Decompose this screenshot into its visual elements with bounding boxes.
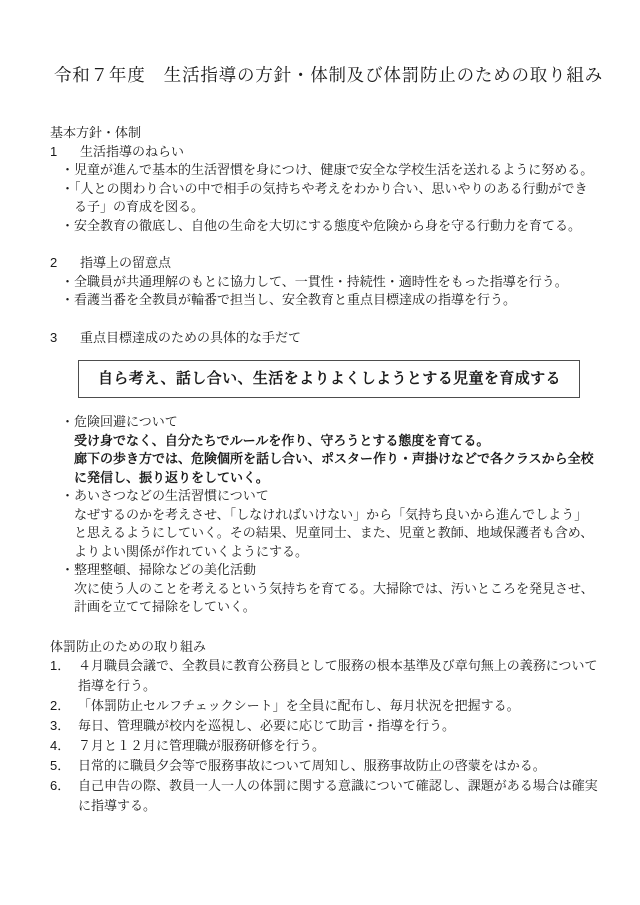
measure-risk-avoidance: ・危険回避について 受け身でなく、自分たちでルールを作り、守ろうとする態度を育て…: [50, 413, 598, 487]
section-title: 生活指導のねらい: [80, 144, 184, 159]
document-page: 令和７年度 生活指導の方針・体制及び体罰防止のための取り組み 基本方針・体制 1…: [0, 0, 640, 905]
item-number: 5．: [50, 756, 78, 776]
section-title: 指導上の留意点: [80, 255, 171, 270]
section-title: 重点目標達成のための具体的な手だて: [80, 330, 301, 345]
basic-policy-heading: 基本方針・体制: [50, 124, 598, 143]
item-number: 3．: [50, 716, 78, 736]
item-number: 6．: [50, 776, 78, 816]
section-number: 1: [50, 143, 64, 162]
prevention-item: 4． ７月と１２月に管理職が服務研修を行う。: [50, 736, 598, 756]
item-text: 毎日、管理職が校内を巡視し、必要に応じて助言・指導を行う。: [78, 716, 598, 736]
measure-greeting-habits: ・あいさつなどの生活習慣について なぜするのかを考えさせ、「しなければいけない」…: [50, 487, 598, 561]
item-number: 4．: [50, 736, 78, 756]
measure-label: ・あいさつなどの生活習慣について: [50, 487, 598, 506]
item-text: ４月職員会議で、全教員に教育公務員として服務の根本基準及び章句無上の義務について…: [78, 656, 598, 696]
item-text: 自己申告の際、教員一人一人の体罰に関する意識について確認し、課題がある場合は確実…: [78, 776, 598, 816]
measure-body: 次に使う人のことを考えるという気持ちを育てる。大掃除では、汚いところを発見させ、…: [50, 580, 598, 617]
item-number: 1．: [50, 656, 78, 696]
section-title-line: 3重点目標達成のための具体的な手だて: [50, 329, 598, 348]
section-key-goal-measures: 3重点目標達成のための具体的な手だて 自ら考え、話し合い、生活をよりよくしようと…: [50, 329, 598, 617]
goal-text: 自ら考え、話し合い、生活をよりよくしようとする児童を育成する: [98, 370, 561, 389]
prevention-item: 2． 「体罰防止セルフチェックシート」を全員に配布し、毎月状況を把握する。: [50, 696, 598, 716]
item-text: ７月と１２月に管理職が服務研修を行う。: [78, 736, 598, 756]
prevention-item: 5． 日常的に職員夕会等で服務事故について周知し、服務事故防止の啓蒙をはかる。: [50, 756, 598, 776]
prevention-item: 1． ４月職員会議で、全教員に教育公務員として服務の根本基準及び章句無上の義務に…: [50, 656, 598, 696]
goal-box: 自ら考え、話し合い、生活をよりよくしようとする児童を育成する: [78, 360, 580, 398]
measure-cleaning-activities: ・整理整頓、掃除などの美化活動 次に使う人のことを考えるという気持ちを育てる。大…: [50, 561, 598, 617]
prevention-item: 3． 毎日、管理職が校内を巡視し、必要に応じて助言・指導を行う。: [50, 716, 598, 736]
section-number: 3: [50, 329, 64, 348]
section-guidance-notes: 2指導上の留意点 ・全職員が共通理解のもとに協力して、一貫性・持続性・適時性をも…: [50, 254, 598, 310]
measure-body: 受け身でなく、自分たちでルールを作り、守ろうとする態度を育てる。: [50, 432, 598, 451]
prevention-heading: 体罰防止のための取り組み: [50, 638, 598, 657]
measure-label: ・整理整頓、掃除などの美化活動: [50, 561, 598, 580]
measure-label: ・危険回避について: [50, 413, 598, 432]
prevention-list: 1． ４月職員会議で、全教員に教育公務員として服務の根本基準及び章句無上の義務に…: [50, 656, 598, 816]
bullet-item: ・看護当番を全教員が輪番で担当し、安全教育と重点目標達成の指導を行う。: [50, 291, 598, 310]
section-title-line: 1生活指導のねらい: [50, 143, 598, 162]
measure-body: なぜするのかを考えさせ、「しなければいけない」から「気持ち良いから進んでしよう」…: [50, 506, 598, 562]
page-title: 令和７年度 生活指導の方針・体制及び体罰防止のための取り組み: [54, 63, 598, 87]
item-text: 日常的に職員夕会等で服務事故について周知し、服務事故防止の啓蒙をはかる。: [78, 756, 598, 776]
item-text: 「体罰防止セルフチェックシート」を全員に配布し、毎月状況を把握する。: [78, 696, 598, 716]
section-number: 2: [50, 254, 64, 273]
bullet-item: ・児童が進んで基本的生活習慣を身につけ、健康で安全な学校生活を送れるように努める…: [50, 161, 598, 180]
bullet-item: ・「人との関わり合いの中で相手の気持ちや考えをわかり合い、思いやりのある行動がで…: [50, 180, 598, 217]
measure-body: 廊下の歩き方では、危険個所を話し合い、ポスター作り・声掛けなどで各クラスから全校…: [50, 450, 598, 487]
section-title-line: 2指導上の留意点: [50, 254, 598, 273]
item-number: 2．: [50, 696, 78, 716]
section-guidance-aims: 1生活指導のねらい ・児童が進んで基本的生活習慣を身につけ、健康で安全な学校生活…: [50, 143, 598, 236]
prevention-item: 6． 自己申告の際、教員一人一人の体罰に関する意識について確認し、課題がある場合…: [50, 776, 598, 816]
bullet-item: ・安全教育の徹底し、自他の生命を大切にする態度や危険から身を守る行動力を育てる。: [50, 217, 598, 236]
bullet-item: ・全職員が共通理解のもとに協力して、一貫性・持続性・適時性をもった指導を行う。: [50, 273, 598, 292]
